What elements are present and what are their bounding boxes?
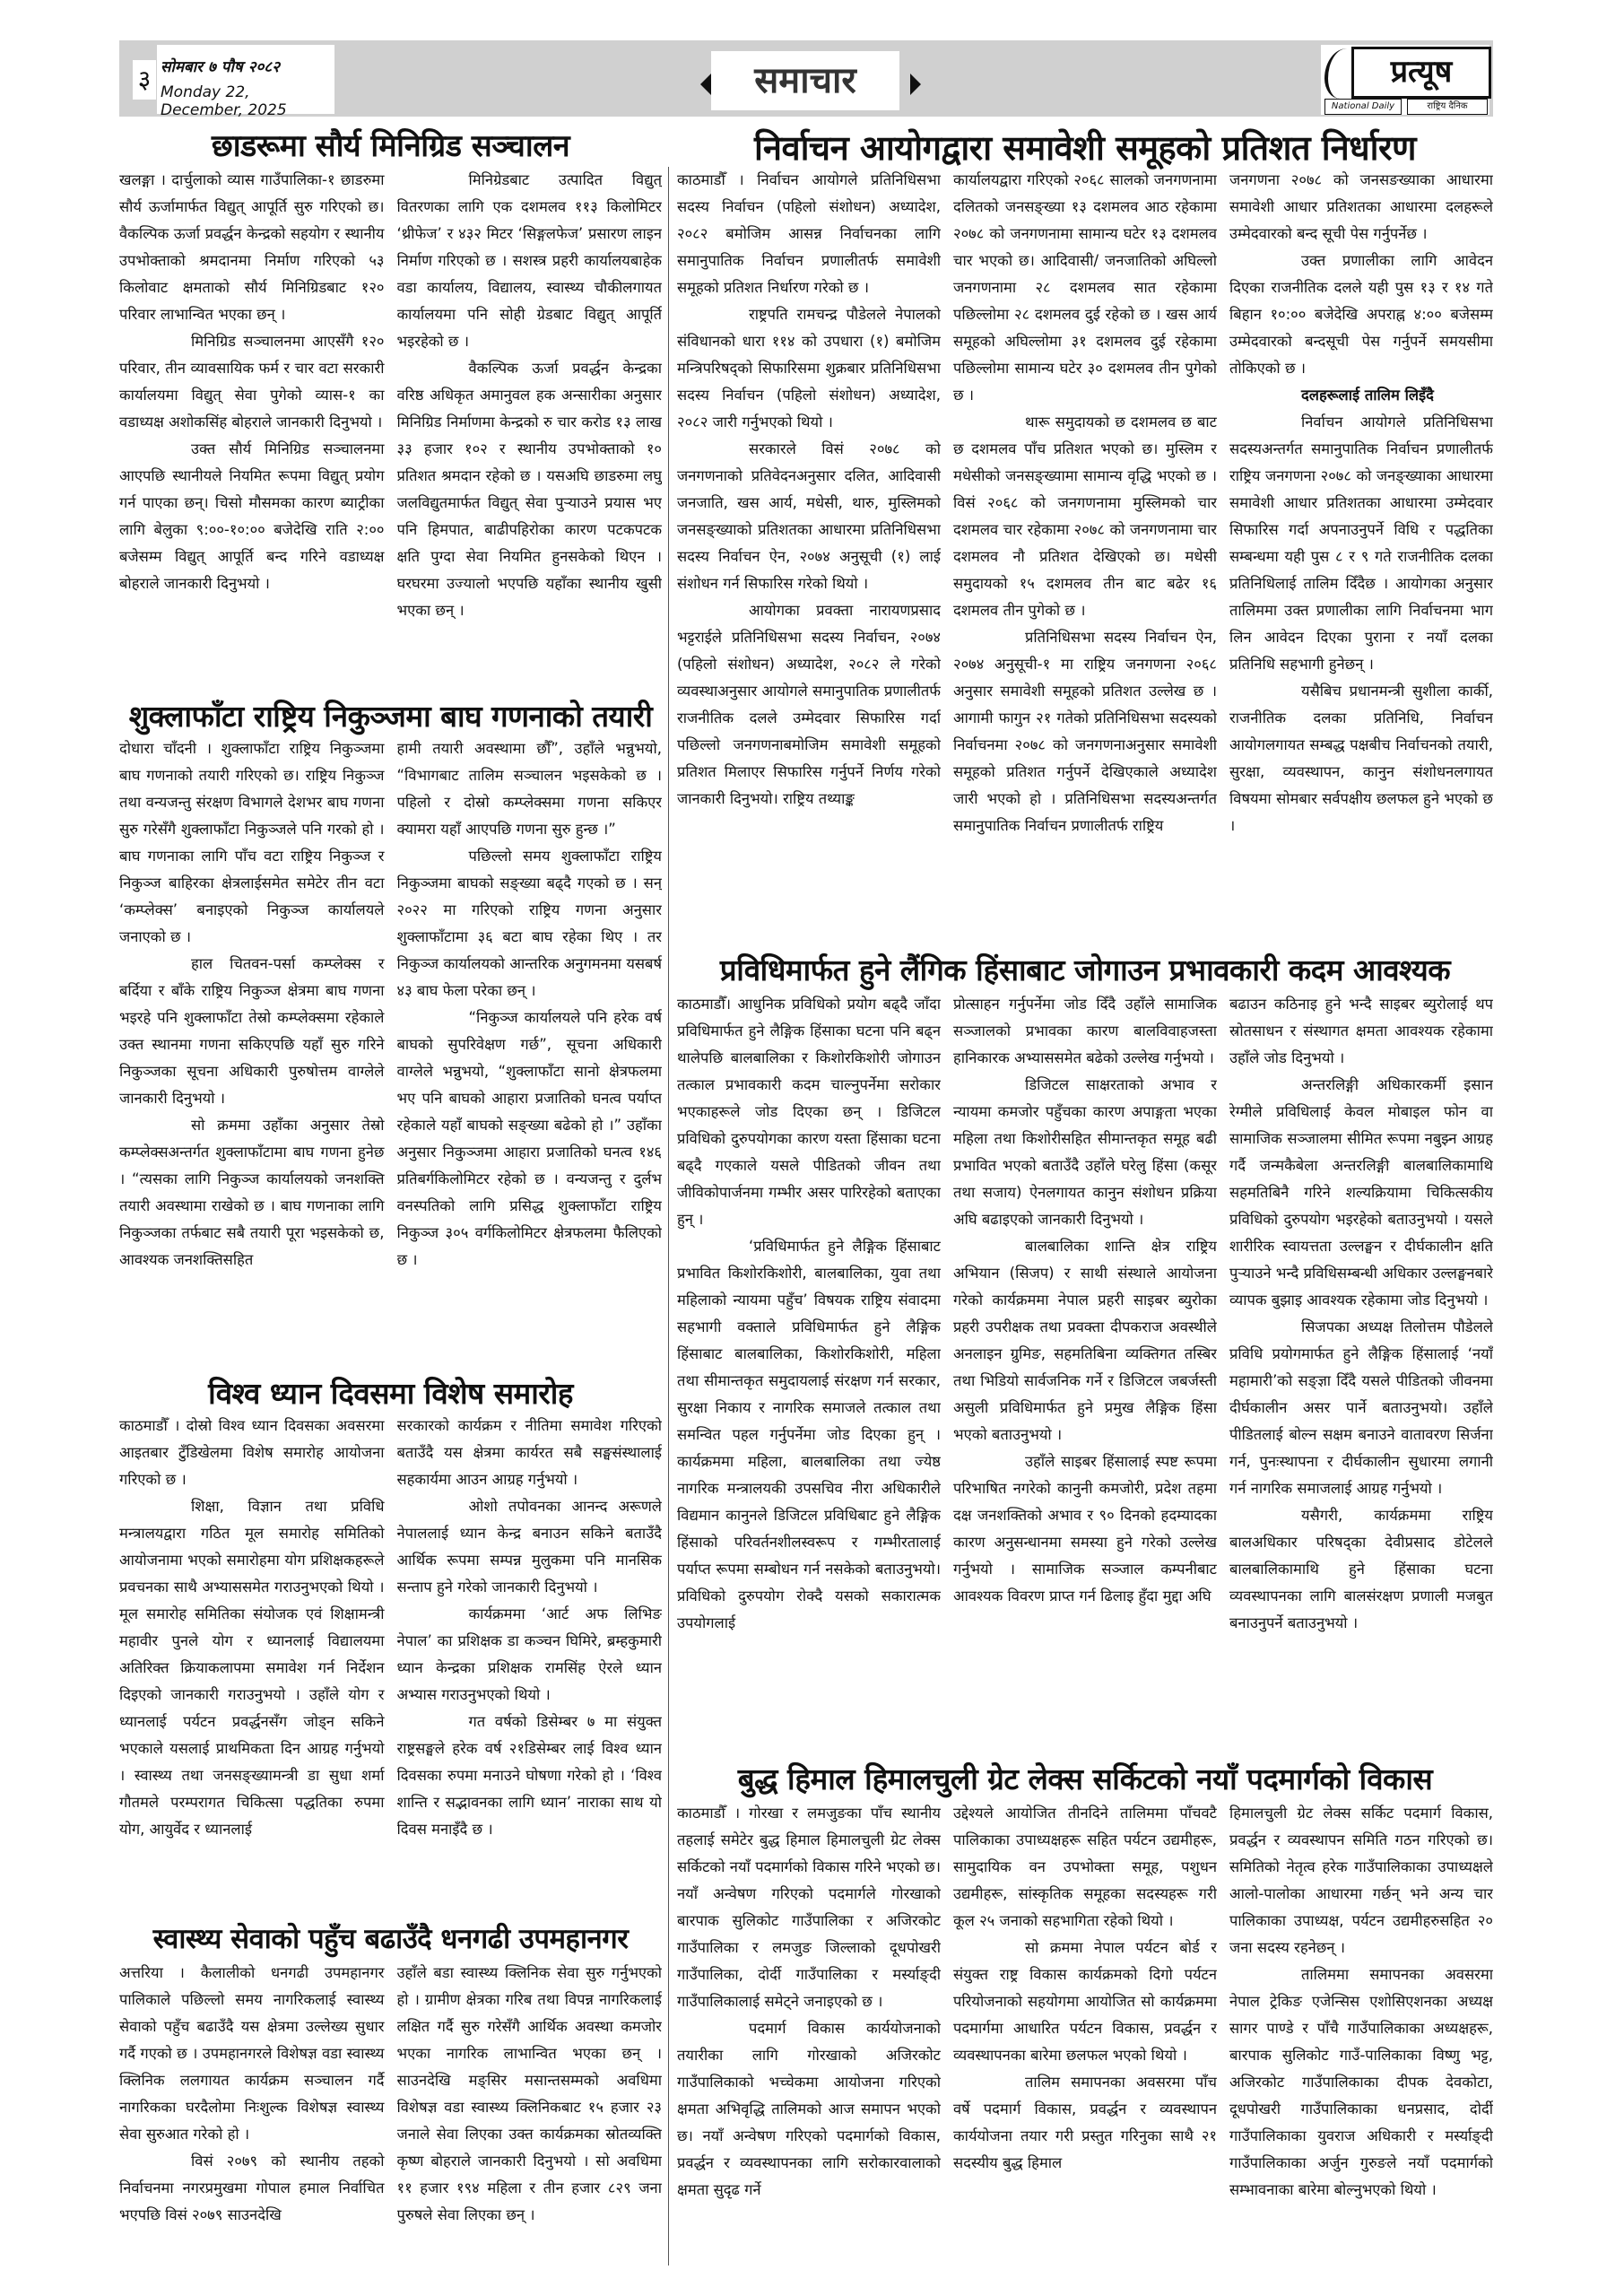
paragraph: उक्त प्रणालीका लागि आवेदन दिएका राजनीतिक… bbox=[1229, 248, 1493, 382]
logo-title: प्रत्यूष bbox=[1351, 47, 1491, 99]
paragraph: सो क्रममा उहाँका अनुसार तेस्रो कम्प्लेक्… bbox=[119, 1112, 385, 1274]
newspaper-logo: प्रत्यूष National Daily राष्ट्रिय दैनिक bbox=[1321, 45, 1489, 115]
date-nepali: सोमबार ७ पौष २०८२ bbox=[161, 56, 280, 76]
paragraph: उद्देश्यले आयोजित तीनदिने तालिममा पाँचवट… bbox=[953, 1800, 1217, 1935]
article-column: जनगणना २०७८ को जनसङख्याका आधारमा समावेशी… bbox=[1229, 167, 1493, 938]
triangle-left-icon bbox=[700, 74, 711, 95]
article-column: काठमाडौँ । निर्वाचन आयोगले प्रतिनिधिसभा … bbox=[677, 167, 941, 938]
article-column: बढाउन कठिनाइ हुने भन्दै साइबर ब्युरोलाई … bbox=[1229, 991, 1493, 1749]
date-english: Monday 22, December, 2025 bbox=[161, 83, 334, 119]
article-column: हिमालचुली ग्रेट लेक्स सर्किट पदमार्ग विक… bbox=[1229, 1800, 1493, 2266]
article-body: खलङ्गा । दार्चुलाको व्यास गाउँपालिका-१ छ… bbox=[119, 167, 662, 683]
paragraph: मिनिग्रेडबाट उत्पादित विद्युत् वितरणका ल… bbox=[397, 167, 663, 355]
article-body: काठमाडौँ। आधुनिक प्रविधिको प्रयोग बढ्दै … bbox=[677, 991, 1493, 1749]
paragraph: सरकारले विसं २०७८ को जनगणनाको प्रतिवेदनअ… bbox=[677, 436, 941, 597]
paragraph: पदमार्ग विकास कार्ययोजनाको तयारीका लागि … bbox=[677, 2015, 941, 2204]
paragraph: सो क्रममा नेपाल पर्यटन बोर्ड र संयुक्त र… bbox=[953, 1935, 1217, 2069]
subheading: दलहरूलाई तालिम लिइँदै bbox=[1229, 382, 1493, 409]
paragraph: दोधारा चाँदनी । शुक्लाफाँटा राष्ट्रिय नि… bbox=[119, 735, 385, 951]
paragraph: जनगणना २०७८ को जनसङख्याका आधारमा समावेशी… bbox=[1229, 167, 1493, 248]
triangle-right-icon bbox=[910, 74, 921, 95]
article-column: काठमाडौँ । गोरखा र लमजुङका पाँच स्थानीय … bbox=[677, 1800, 941, 2266]
paragraph: उहाँले साइबर हिंसालाई स्पष्ट रूपमा परिभा… bbox=[953, 1448, 1217, 1610]
paragraph: यसैगरी, कार्यक्रममा राष्ट्रिय बालअधिकार … bbox=[1229, 1502, 1493, 1637]
paragraph: निर्वाचन आयोगले प्रतिनिधिसभा सदस्यअन्तर्… bbox=[1229, 409, 1493, 678]
article-column: उहाँले बडा स्वास्थ्य क्लिनिक सेवा सुरु ग… bbox=[397, 1960, 663, 2265]
paragraph: शिक्षा, विज्ञान तथा प्रविधि मन्त्रालयद्व… bbox=[119, 1493, 385, 1843]
paragraph: तालिम समापनका अवसरमा पाँच वर्षे पदमार्ग … bbox=[953, 2069, 1217, 2177]
article-body: काठमाडौँ । गोरखा र लमजुङका पाँच स्थानीय … bbox=[677, 1800, 1493, 2266]
paragraph: थारू समुदायको छ दशमलव छ बाट छ दशमलव पाँच… bbox=[953, 409, 1217, 624]
paragraph: तालिममा समापनका अवसरमा नेपाल ट्रेकिङ एजे… bbox=[1229, 1961, 1493, 2204]
article-headline: निर्वाचन आयोगद्वारा समावेशी समूहको प्रति… bbox=[677, 124, 1493, 170]
column-divider bbox=[668, 167, 669, 2266]
paragraph: हिमालचुली ग्रेट लेक्स सर्किट पदमार्ग विक… bbox=[1229, 1800, 1493, 1961]
paragraph: राष्ट्रपति रामचन्द्र पौडेलले नेपालको संव… bbox=[677, 301, 941, 436]
paragraph: हाल चितवन-पर्सा कम्प्लेक्स र बर्दिया र ब… bbox=[119, 951, 385, 1112]
paragraph: कार्यालयद्वारा गरिएको २०६८ सालको जनगणनाम… bbox=[953, 167, 1217, 409]
article-column: हामी तयारी अवस्थामा छौँ”, उहाँले भन्नुभय… bbox=[397, 735, 663, 1354]
paragraph: मिनिग्रिड सञ्चालनमा आएसँगै १२० परिवार, त… bbox=[119, 328, 385, 436]
article-column: कार्यालयद्वारा गरिएको २०६८ सालको जनगणनाम… bbox=[953, 167, 1217, 938]
article-body: दोधारा चाँदनी । शुक्लाफाँटा राष्ट्रिय नि… bbox=[119, 735, 662, 1354]
paragraph: वैकल्पिक ऊर्जा प्रवर्द्धन केन्द्रका वरिष… bbox=[397, 355, 663, 624]
article-body: काठमाडौँ । दोस्रो विश्व ध्यान दिवसका अवस… bbox=[119, 1413, 662, 1910]
paragraph: अत्तरिया । कैलालीको धनगढी उपमहानगर पालिक… bbox=[119, 1960, 385, 2148]
paragraph: विसं २०७९ को स्थानीय तहको निर्वाचनमा नगर… bbox=[119, 2148, 385, 2229]
paragraph: हामी तयारी अवस्थामा छौँ”, उहाँले भन्नुभय… bbox=[397, 735, 663, 843]
article-headline: विश्व ध्यान दिवसमा विशेष समारोह bbox=[119, 1372, 662, 1413]
paragraph: काठमाडौँ । दोस्रो विश्व ध्यान दिवसका अवस… bbox=[119, 1413, 385, 1493]
paragraph: गत वर्षको डिसेम्बर ७ मा संयुक्त राष्ट्रस… bbox=[397, 1709, 663, 1843]
masthead-bar: ३ सोमबार ७ पौष २०८२ Monday 22, December,… bbox=[119, 40, 1493, 117]
article-column: अत्तरिया । कैलालीको धनगढी उपमहानगर पालिक… bbox=[119, 1960, 385, 2265]
article-headline: बुद्ध हिमाल हिमालचुली ग्रेट लेक्स सर्किट… bbox=[677, 1758, 1493, 1798]
paragraph: ओशो तपोवनका आनन्द अरूणले नेपाललाई ध्यान … bbox=[397, 1493, 663, 1601]
paragraph: बालबालिका शान्ति क्षेत्र राष्ट्रिय अभिया… bbox=[953, 1233, 1217, 1448]
article-column: खलङ्गा । दार्चुलाको व्यास गाउँपालिका-१ छ… bbox=[119, 167, 385, 683]
paragraph: कार्यक्रममा ‘आर्ट अफ लिभिङ नेपाल’ का प्र… bbox=[397, 1601, 663, 1709]
logo-subtitle-english: National Daily bbox=[1324, 99, 1402, 115]
section-label-box: समाचार bbox=[711, 51, 899, 110]
article-headline: शुक्लाफाँटा राष्ट्रिय निकुञ्जमा बाघ गणना… bbox=[119, 695, 662, 735]
paragraph: काठमाडौँ। आधुनिक प्रविधिको प्रयोग बढ्दै … bbox=[677, 991, 941, 1233]
newspaper-page: ३ सोमबार ७ पौष २०८२ Monday 22, December,… bbox=[0, 0, 1624, 2296]
paragraph: काठमाडौँ । निर्वाचन आयोगले प्रतिनिधिसभा … bbox=[677, 167, 941, 301]
paragraph: डिजिटल साक्षरताको अभाव र न्यायमा कमजोर प… bbox=[953, 1072, 1217, 1233]
paragraph: प्रोत्साहन गर्नुपर्नेमा जोड दिँदै उहाँले… bbox=[953, 991, 1217, 1072]
article-body: काठमाडौँ । निर्वाचन आयोगले प्रतिनिधिसभा … bbox=[677, 167, 1493, 938]
paragraph: “निकुञ्ज कार्यालयले पनि हरेक वर्ष बाघको … bbox=[397, 1004, 663, 1274]
article-headline: स्वास्थ्य सेवाको पहुँच बढाउँदै धनगढी उपम… bbox=[119, 1919, 662, 1957]
article-column: उद्देश्यले आयोजित तीनदिने तालिममा पाँचवट… bbox=[953, 1800, 1217, 2266]
paragraph: बढाउन कठिनाइ हुने भन्दै साइबर ब्युरोलाई … bbox=[1229, 991, 1493, 1072]
article-column: काठमाडौँ। आधुनिक प्रविधिको प्रयोग बढ्दै … bbox=[677, 991, 941, 1749]
article-column: सरकारको कार्यक्रम र नीतिमा समावेश गरिएको… bbox=[397, 1413, 663, 1910]
paragraph: सिजपका अध्यक्ष तिलोत्तम पौडेलले प्रविधि … bbox=[1229, 1314, 1493, 1502]
paragraph: यसैबिच प्रधानमन्त्री सुशीला कार्की, राजन… bbox=[1229, 678, 1493, 839]
section-title: समाचार bbox=[711, 51, 899, 110]
article-column: प्रोत्साहन गर्नुपर्नेमा जोड दिँदै उहाँले… bbox=[953, 991, 1217, 1749]
article-column: मिनिग्रेडबाट उत्पादित विद्युत् वितरणका ल… bbox=[397, 167, 663, 683]
article-headline: प्रविधिमार्फत हुने लैंगिक हिंसाबाट जोगाउ… bbox=[677, 949, 1493, 989]
paragraph: उक्त सौर्य मिनिग्रिड सञ्चालनमा आएपछि स्थ… bbox=[119, 436, 385, 597]
paragraph: आयोगका प्रवक्ता नारायणप्रसाद भट्टराईले प… bbox=[677, 597, 941, 813]
paragraph: खलङ्गा । दार्चुलाको व्यास गाउँपालिका-१ छ… bbox=[119, 167, 385, 328]
paragraph: काठमाडौँ । गोरखा र लमजुङका पाँच स्थानीय … bbox=[677, 1800, 941, 2015]
paragraph: ‘प्रविधिमार्फत हुने लैङ्गिक हिंसाबाट प्र… bbox=[677, 1233, 941, 1637]
date-box: सोमबार ७ पौष २०८२ Monday 22, December, 2… bbox=[157, 45, 334, 114]
paragraph: अन्तरलिङ्गी अधिकारकर्मी इसान रेग्मीले प्… bbox=[1229, 1072, 1493, 1314]
article-body: अत्तरिया । कैलालीको धनगढी उपमहानगर पालिक… bbox=[119, 1960, 662, 2265]
article-column: काठमाडौँ । दोस्रो विश्व ध्यान दिवसका अवस… bbox=[119, 1413, 385, 1910]
page-number: ३ bbox=[133, 60, 156, 100]
paragraph: पछिल्लो समय शुक्लाफाँटा राष्ट्रिय निकुञ्… bbox=[397, 843, 663, 1004]
article-headline: छाडरूमा सौर्य मिनिग्रिड सञ्चालन bbox=[119, 124, 662, 165]
paragraph: उहाँले बडा स्वास्थ्य क्लिनिक सेवा सुरु ग… bbox=[397, 1960, 663, 2229]
paragraph: सरकारको कार्यक्रम र नीतिमा समावेश गरिएको… bbox=[397, 1413, 663, 1493]
paragraph: प्रतिनिधिसभा सदस्य निर्वाचन ऐन, २०७४ अनु… bbox=[953, 624, 1217, 839]
logo-subtitle-nepali: राष्ट्रिय दैनिक bbox=[1407, 99, 1488, 115]
article-column: दोधारा चाँदनी । शुक्लाफाँटा राष्ट्रिय नि… bbox=[119, 735, 385, 1354]
